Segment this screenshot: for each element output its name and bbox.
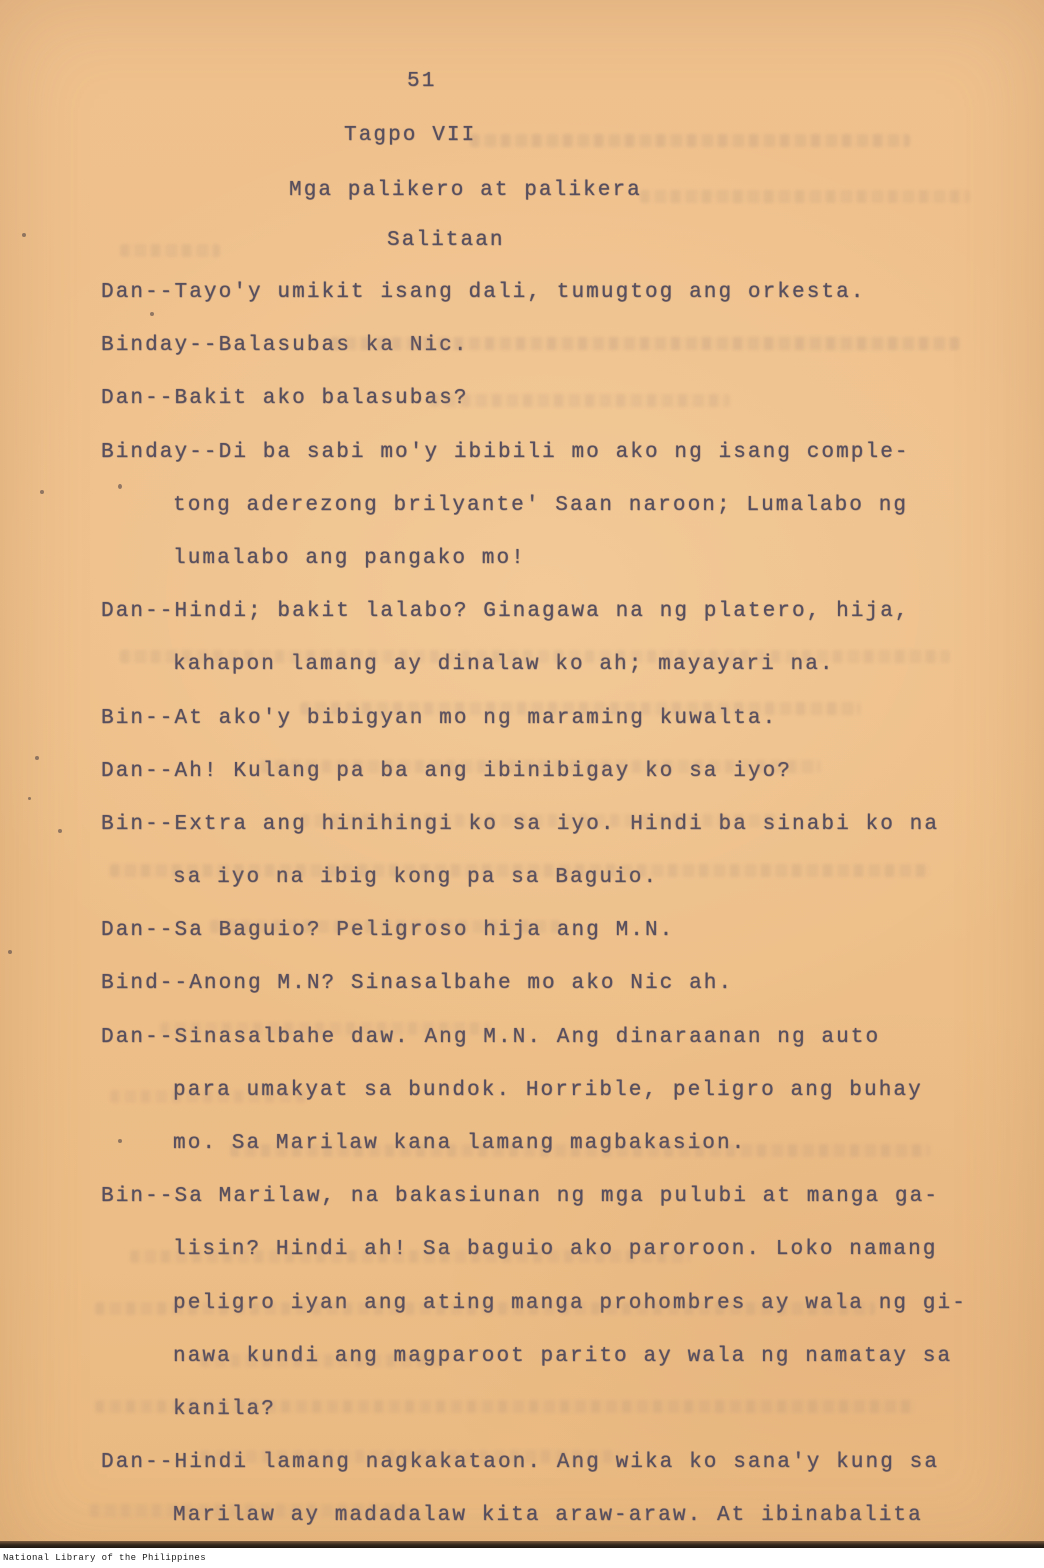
bleedthrough-line [640,190,970,203]
bleedthrough-line [110,864,930,877]
bleedthrough-line [300,814,780,827]
ink-speck [28,797,31,800]
bleedthrough-line [260,760,820,773]
dialogue-line: Bin--Sa Marilaw, na bakasiunan ng mga pu… [0,1185,1044,1238]
ink-speck [118,484,122,489]
bleedthrough-line [210,920,560,933]
ink-speck [22,233,26,237]
dialogue-line: para umakyat sa bundok. Horrible, peligr… [0,1079,1044,1132]
bleedthrough-line [120,244,220,257]
bleedthrough-line [110,1090,310,1103]
dialogue-line: mo. Sa Marilaw kana lamang magbakasion. [0,1132,1044,1185]
dialogue-line: Dan--Sinasalbahe daw. Ang M.N. Ang dinar… [0,1026,1044,1079]
ink-speck [8,950,12,954]
scene-heading: Tagpo VII [344,124,476,148]
dialogue-line: lumalabo ang pangako mo! [0,547,1044,600]
bleedthrough-line [200,1450,620,1463]
subtitle: Mga palikero at palikera [289,179,642,203]
bleedthrough-line [470,134,910,147]
ink-speck [58,829,62,833]
bleedthrough-line [95,1400,915,1413]
bleedthrough-line [160,1022,490,1035]
bleedthrough-line [130,1250,690,1263]
bleedthrough-line [430,394,730,407]
dialogue-line: Bind--Anong M.N? Sinasalbahe mo ako Nic … [0,972,1044,1025]
bleedthrough-line [230,1144,930,1157]
manuscript-page: 51 Tagpo VII Mga palikero at palikera Sa… [0,0,1044,1568]
dialogue-line: peligro iyan ang ating manga prohombres … [0,1292,1044,1345]
bleedthrough-line [95,1302,875,1315]
ink-speck [150,312,154,316]
dialogue-line: Dan--Tayo'y umikit isang dali, tumugtog … [0,281,1044,334]
page-edge-shadow [0,1541,1044,1548]
ink-speck [118,1139,122,1143]
bleedthrough-line [90,1504,410,1517]
page-number: 51 [407,70,436,94]
ink-speck [40,490,44,494]
dialogue-line: Binday--Di ba sabi mo'y ibibili mo ako n… [0,441,1044,494]
dialogue-line: Dan--Hindi; bakit lalabo? Ginagawa na ng… [0,600,1044,653]
bleedthrough-line [120,650,950,663]
library-watermark: National Library of the Philippines [0,1553,206,1563]
bleedthrough-line [330,337,960,350]
dialogue-line: lisin? Hindi ah! Sa baguio ako paroroon.… [0,1238,1044,1291]
footer-strip: National Library of the Philippines [0,1548,1044,1568]
dialogue-line: tong aderezong brilyante' Saan naroon; L… [0,494,1044,547]
dialogue-line: nawa kundi ang magparoot parito ay wala … [0,1345,1044,1398]
bleedthrough-line [300,702,860,715]
bleedthrough-line [200,1354,450,1367]
ink-speck [35,756,39,760]
section-label: Salitaan [387,229,505,253]
